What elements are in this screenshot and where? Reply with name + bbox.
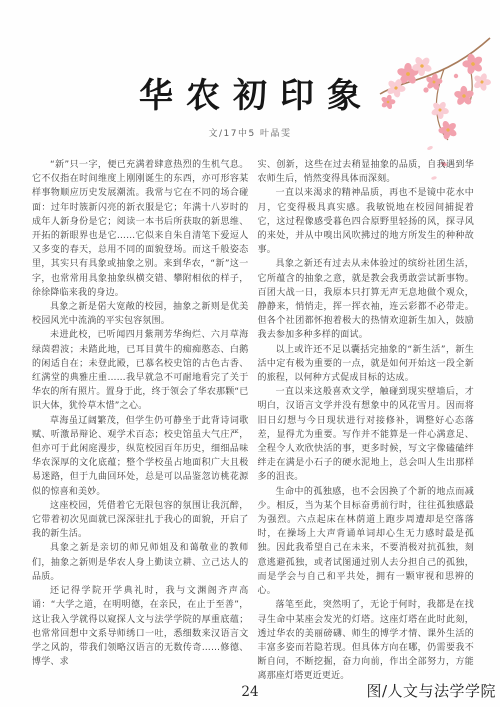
article-title: 华农初印象	[0, 68, 500, 117]
paragraph: 具象之新是偌大宽敞的校园，抽象之新则是优美校园风光中流淌的平实包容氛围。	[32, 300, 249, 328]
paragraph: 具象之新还有过去从未体验过的缤纷社团生活，它所蕴含的抽象之意，就是教会我勇敢尝试…	[258, 257, 475, 342]
article-byline: 文/17中5 叶晶雯	[0, 126, 500, 139]
paragraph: “新”只一字，便已充满着肆意热烈的生机气息。它不仅指在时间维度上刚刚诞生的东西，…	[32, 158, 249, 300]
paragraph: 以上或许还不足以囊括完抽象的“新生活”，新生活中定有极为重要的一点，就是如何开始…	[258, 343, 475, 386]
paragraph: 一直以来这般喜欢文学，触碰到现实壁墙后，才明白，汉语言文学并没有想象中的风花雪月…	[258, 385, 475, 484]
magazine-page: 华农初印象 文/17中5 叶晶雯 “新”只一字，便已充满着肆意热烈的生机气息。它…	[0, 0, 500, 707]
paragraph: 这座校园，凭借着它无限包容的氛围让我沉醉，它带着初次见面就已深深驻扎于我心的面貌…	[32, 499, 249, 542]
paragraph: 一直以来渴求的精神品质，再也不是镜中花水中月，它变得极具真实感。我敏锐地在校园间…	[258, 186, 475, 257]
paragraph: 生命中的孤独感，也不会因换了个新的地点而减少。相反，当为某个目标奋勇前行时，往往…	[258, 485, 475, 599]
paragraph: 草海虽辽阔繁茂，但学生仍可静坐于此背诗词歌赋、听激昂辩论、观学术百态；校史馆虽大…	[32, 414, 249, 499]
paragraph: 实、创新，这些在过去稍显抽象的品质，自我遇到华农师生后，悄然变得具体而深刻。	[258, 158, 475, 186]
left-column: “新”只一字，便已充满着肆意热烈的生机气息。它不仅指在时间维度上刚刚诞生的东西，…	[32, 158, 249, 684]
paragraph: 落笔至此，突然明了，无论于何时，我都是在找寻生命中某座会发光的灯塔。这座灯塔在此…	[258, 598, 475, 683]
paragraph: 还记得学院开学典礼时，我与文渊阁齐声高诵：“大学之道，在明明德，在亲民，在止于至…	[32, 584, 249, 669]
paragraph: 未进此校，已听闻四月紫荆芳华绚烂、六月草海绿茵碧波；未踏此地，已耳目黄牛的痴痴憨…	[32, 328, 249, 413]
photo-credit: 图/人文与法学学院	[366, 680, 496, 701]
right-column: 实、创新，这些在过去稍显抽象的品质，自我遇到华农师生后，悄然变得具体而深刻。一直…	[258, 158, 475, 684]
article-body: “新”只一字，便已充满着肆意热烈的生机气息。它不仅指在时间维度上刚刚诞生的东西，…	[32, 158, 474, 684]
paragraph: 具象之新是亲切的师兄师姐及和蔼敬业的教师们，抽象之新则是华农人身上勤读立耕、立己…	[32, 541, 249, 584]
